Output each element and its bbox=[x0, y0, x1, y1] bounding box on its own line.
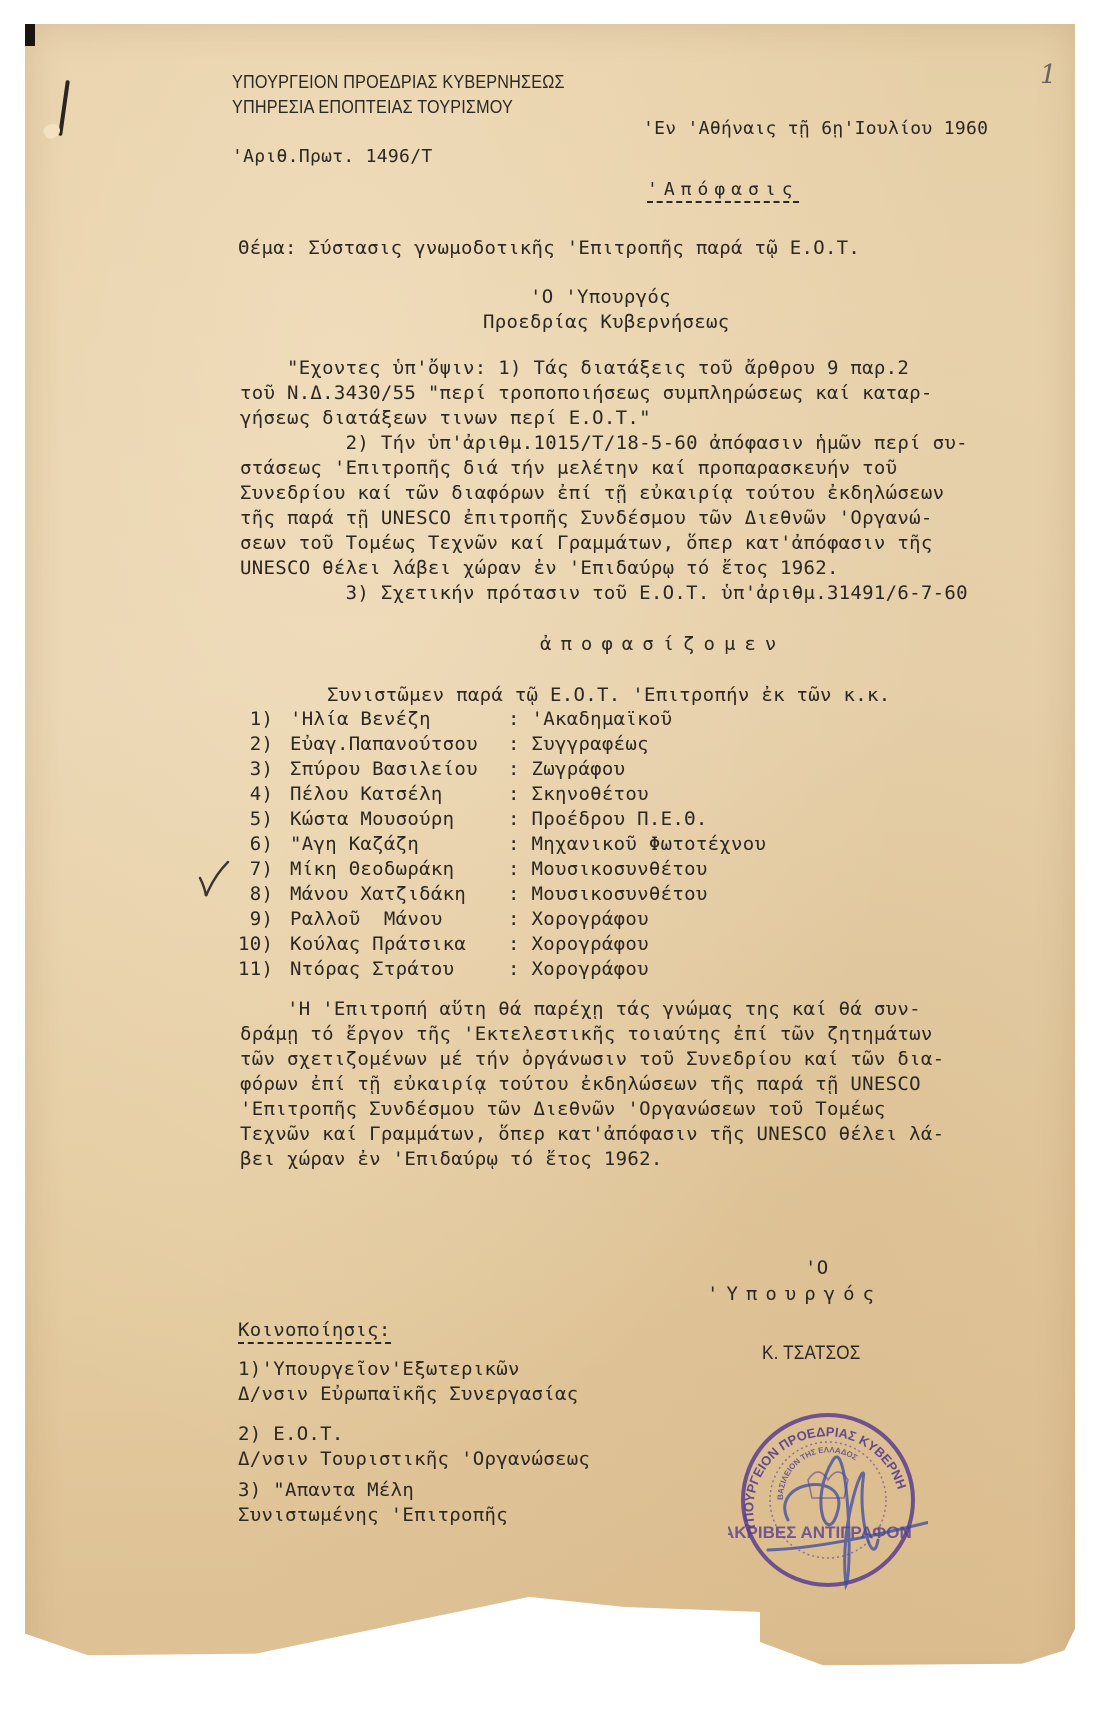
distribution-item: 1)'Υπουργεῖον'Εξωτερικῶν bbox=[238, 1357, 520, 1381]
member-role: : Χορογράφου bbox=[508, 957, 649, 981]
member-role: : Συγγραφέως bbox=[508, 732, 649, 756]
body-line: 'Η 'Επιτροπή αὕτη θά παρέχῃ τάς γνώμας τ… bbox=[240, 997, 921, 1021]
document-type-title: 'Απόφασις bbox=[647, 178, 799, 202]
member-name: Κούλας Πράτσικα bbox=[290, 932, 466, 956]
distribution-item: 3) "Απαντα Μέλη bbox=[238, 1478, 414, 1502]
member-role-text: Μηχανικοῦ Φωτοτέχνου bbox=[531, 833, 766, 855]
member-role-text: Συγγραφέως bbox=[531, 733, 648, 755]
member-number: 8) bbox=[238, 882, 273, 906]
preamble-line: 3) Σχετικήν πρότασιν τοῦ Ε.Ο.Τ. ὑπ'ἀριθμ… bbox=[240, 581, 968, 605]
preamble-line: στάσεως 'Επιτροπῆς διά τήν μελέτην καί π… bbox=[240, 456, 897, 480]
member-role-text: Χορογράφου bbox=[531, 908, 648, 930]
preamble-line: τῆς παρά τῇ UNESCO ἐπιτροπῆς Συνδέσμου τ… bbox=[240, 506, 933, 530]
member-role: : Σκηνοθέτου bbox=[508, 782, 649, 806]
distribution-item-detail: Δ/νσιν Τουριστικῆς 'Οργανώσεως bbox=[238, 1447, 590, 1471]
body-line: δράμῃ τό ἔργον τῆς 'Εκτελεστικῆς τοιαύτη… bbox=[240, 1022, 933, 1046]
signature-title: 'Υπουργός bbox=[707, 1282, 882, 1306]
member-name: "Αγη Καζάζη bbox=[290, 832, 419, 856]
ministry-name: ΥΠΟΥΡΓΕΙΟΝ ΠΡΟΕΔΡΙΑΣ ΚΥΒΕΡΝΗΣΕΩΣ bbox=[232, 70, 565, 94]
preamble-line: UNESCO θέλει λάβει χώραν ἐν 'Επιδαύρῳ τό… bbox=[240, 556, 839, 580]
scan-shadow bbox=[25, 24, 35, 46]
member-role: : 'Ακαδημαϊκοῦ bbox=[508, 707, 672, 731]
body-line: βει χώραν ἐν 'Επιδαύρῳ τό ἔτος 1962. bbox=[240, 1147, 663, 1171]
member-name: Πέλου Κατσέλη bbox=[290, 782, 443, 806]
document-type-label: 'Απόφασις bbox=[647, 179, 799, 203]
member-number: 10) bbox=[238, 932, 273, 956]
member-name: Ντόρας Στράτου bbox=[290, 957, 454, 981]
member-number: 9) bbox=[238, 907, 273, 931]
distribution-item-detail: Δ/νσιν Εὐρωπαϊκῆς Συνεργασίας bbox=[238, 1382, 578, 1406]
member-role: : Μουσικοσυνθέτου bbox=[508, 882, 708, 906]
member-number: 1) bbox=[238, 707, 273, 731]
decision-heading: ἀποφασίζομεν bbox=[540, 632, 785, 656]
preamble-line: σεων τοῦ Τομέως Τεχνῶν καί Γραμμάτων, ὅπ… bbox=[240, 531, 933, 555]
official-stamp-icon: ΥΠΟΥΡΓΕΙΟΝ ΠΡΟΕΔΡΙΑΣ ΚΥΒΕΡΝΗΣΕΩΣ ΒΑΣΙΛΕΙ… bbox=[728, 1400, 928, 1600]
body-line: Τεχνῶν καί Γραμμάτων, ὅπερ κατ'ἀπόφασιν … bbox=[240, 1122, 944, 1146]
member-number: 5) bbox=[238, 807, 273, 831]
preamble-line: 2) Τήν ὑπ'ἀριθμ.1015/Τ/18-5-60 ἀπόφασιν … bbox=[240, 431, 968, 455]
member-role-text: Ζωγράφου bbox=[531, 758, 625, 780]
member-role: : Προέδρου Π.Ε.Θ. bbox=[508, 807, 708, 831]
body-line: 'Επιτροπῆς Συνδέσμου τῶν Διεθνῶν 'Οργανώ… bbox=[240, 1097, 886, 1121]
preamble-line: Συνεδρίου καί τῶν διαφόρων ἐπί τῇ εὐκαιρ… bbox=[240, 481, 944, 505]
signatory-name: Κ. ΤΣΑΤΣΟΣ bbox=[762, 1342, 860, 1366]
member-number: 7) bbox=[238, 857, 273, 881]
distribution-item: 2) Ε.Ο.Τ. bbox=[238, 1422, 344, 1446]
body-line: τῶν σχετιζομένων μέ τήν ὀργάνωσιν τοῦ Συ… bbox=[240, 1047, 944, 1071]
member-number: 3) bbox=[238, 757, 273, 781]
distribution-title-text: Κοινοποίησις: bbox=[238, 1319, 391, 1344]
member-role-text: Μουσικοσυνθέτου bbox=[531, 858, 707, 880]
place-date: 'Εν 'Αθήναις τῇ 6ῃ'Ιουλίου 1960 bbox=[643, 117, 988, 141]
signature-article: 'Ο bbox=[805, 1256, 828, 1280]
member-number: 11) bbox=[238, 957, 273, 981]
member-number: 6) bbox=[238, 832, 273, 856]
preamble-line: γήσεως διατάξεων τινων περί Ε.Ο.Τ." bbox=[240, 406, 651, 430]
member-name: Ραλλοῦ Μάνου bbox=[290, 907, 443, 931]
member-name: Κώστα Μουσούρη bbox=[290, 807, 454, 831]
stamp-ring-text: ΥΠΟΥΡΓΕΙΟΝ ΠΡΟΕΔΡΙΑΣ ΚΥΒΕΡΝΗΣΕΩΣ bbox=[728, 1400, 909, 1533]
member-role-text: Μουσικοσυνθέτου bbox=[531, 883, 707, 905]
member-role: : Χορογράφου bbox=[508, 907, 649, 931]
member-role: : Μουσικοσυνθέτου bbox=[508, 857, 708, 881]
member-name: Εὐαγ.Παπανούτσου bbox=[290, 732, 478, 756]
checkmark-icon bbox=[196, 858, 230, 900]
page-number-pencil: 1 bbox=[1040, 60, 1057, 90]
preamble-line: τοῦ Ν.Δ.3430/55 "περί τροποποιήσεως συμπ… bbox=[240, 381, 933, 405]
subject-line: Θέμα: Σύστασις γνωμοδοτικῆς 'Επιτροπῆς π… bbox=[238, 236, 860, 260]
service-name: ΥΠΗΡΕΣΙΑ ΕΠΟΠΤΕΙΑΣ ΤΟΥΡΙΣΜΟΥ bbox=[232, 95, 513, 119]
member-number: 4) bbox=[238, 782, 273, 806]
member-role-text: 'Ακαδημαϊκοῦ bbox=[531, 708, 672, 730]
distribution-title: Κοινοποίησις: bbox=[238, 1318, 391, 1342]
member-role: : Ζωγράφου bbox=[508, 757, 625, 781]
establish-line: Συνιστῶμεν παρά τῷ Ε.Ο.Τ. 'Επιτροπήν ἐκ … bbox=[327, 683, 890, 707]
distribution-item-detail: Συνιστωμένης 'Επιτροπῆς bbox=[238, 1503, 508, 1527]
preamble-line: "Εχοντες ὑπ'ὄψιν: 1) Τάς διατάξεις τοῦ ἄ… bbox=[240, 356, 909, 380]
member-role-text: Σκηνοθέτου bbox=[531, 783, 648, 805]
member-name: Σπύρου Βασιλείου bbox=[290, 757, 478, 781]
member-role: : Μηχανικοῦ Φωτοτέχνου bbox=[508, 832, 766, 856]
member-role: : Χορογράφου bbox=[508, 932, 649, 956]
member-name: Μάνου Χατζιδάκη bbox=[290, 882, 466, 906]
body-line: φόρων ἐπί τῇ εὐκαιρίᾳ τούτου ἐκδηλώσεων … bbox=[240, 1072, 921, 1096]
member-role-text: Χορογράφου bbox=[531, 933, 648, 955]
member-role-text: Προέδρου Π.Ε.Θ. bbox=[531, 808, 707, 830]
protocol-number: 'Αριθ.Πρωτ. 1496/Τ bbox=[232, 145, 432, 169]
member-name: 'Ηλία Βενέζη bbox=[290, 707, 431, 731]
issuer-title: 'Ο 'Υπουργός bbox=[530, 285, 671, 309]
member-name: Μίκη Θεοδωράκη bbox=[290, 857, 454, 881]
issuer-office: Προεδρίας Κυβερνήσεως bbox=[483, 310, 730, 334]
member-role-text: Χορογράφου bbox=[531, 958, 648, 980]
member-number: 2) bbox=[238, 732, 273, 756]
